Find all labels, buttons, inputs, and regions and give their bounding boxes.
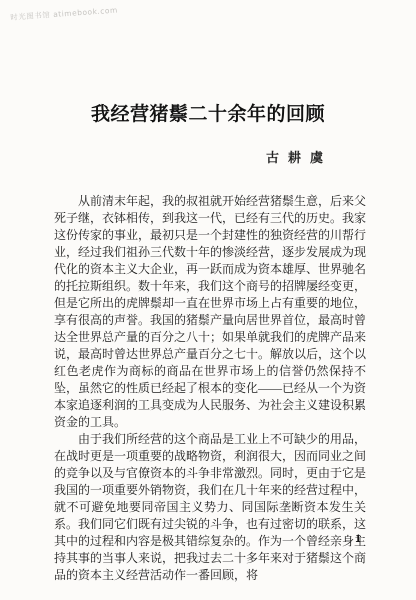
article-body: 从前清末年起，我的叔祖就开始经营猪鬃生意，后来父死子继，衣钵相传，到我这一代，已…	[54, 193, 366, 584]
author-name: 古耕虞	[266, 147, 332, 166]
library-watermark: 时光图书馆 atimebook.com	[10, 4, 118, 22]
article-title: 我经营猪鬃二十余年的回顾	[0, 99, 416, 126]
paragraph: 由于我们所经营的这个商品是工业上不可缺少的用品，在战时更是一项重要的战略物资，利…	[54, 431, 366, 584]
paragraph: 从前清末年起，我的叔祖就开始经营猪鬃生意，后来父死子继，衣钵相传，到我这一代，已…	[54, 193, 366, 431]
page-number: 1	[355, 531, 361, 546]
scanned-book-page: 时光图书馆 atimebook.com 我经营猪鬃二十余年的回顾 古耕虞 从前清…	[0, 0, 416, 600]
